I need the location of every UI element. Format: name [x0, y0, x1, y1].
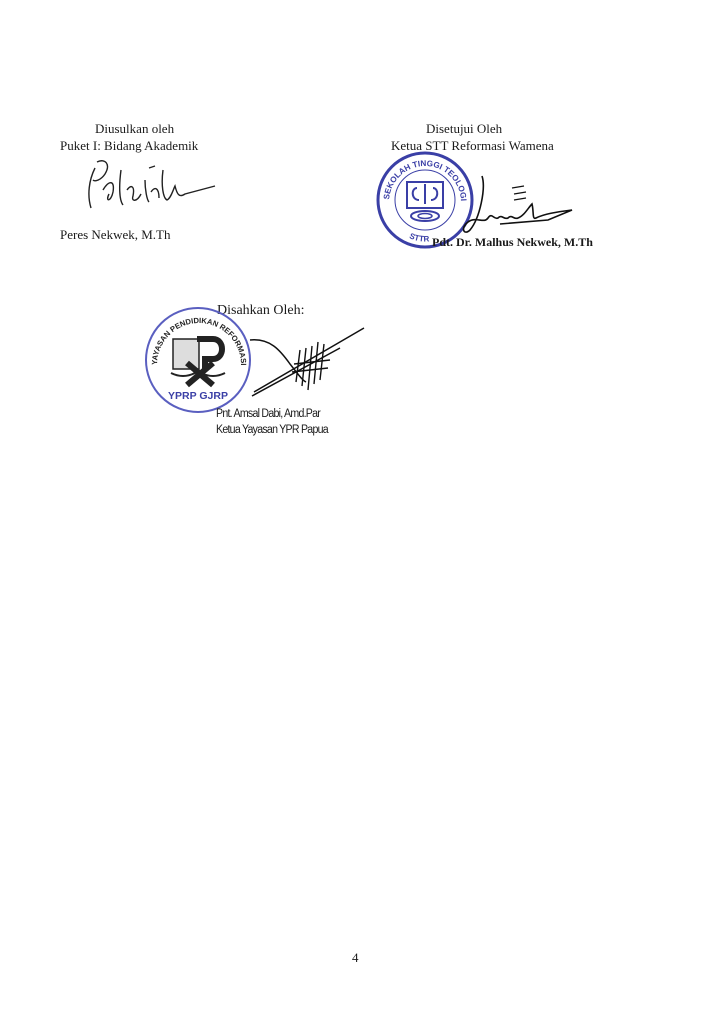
svg-text:YPRP GJRP: YPRP GJRP — [168, 390, 228, 402]
ratified-by-role: Ketua Yayasan YPR Papua — [216, 423, 328, 438]
ratified-by-name: Pnt. Amsal Dabi, Amd.Par — [216, 407, 320, 422]
approved-by-name: Pdt. Dr. Malhus Nekwek, M.Th — [432, 235, 593, 250]
page-number: 4 — [352, 950, 359, 965]
proposed-by-heading: Diusulkan oleh — [95, 121, 174, 136]
svg-text:STTR: STTR — [408, 231, 430, 243]
signature-peres-nekwek — [75, 150, 255, 230]
proposed-by-name: Peres Nekwek, M.Th — [60, 227, 170, 242]
signature-amsal-dabi — [240, 320, 370, 410]
yprp-stamp-icon: YAYASAN PENDIDIKAN REFORMASI PAPUA YPRP … — [143, 305, 253, 415]
approved-by-heading: Disetujui Oleh — [426, 121, 502, 136]
